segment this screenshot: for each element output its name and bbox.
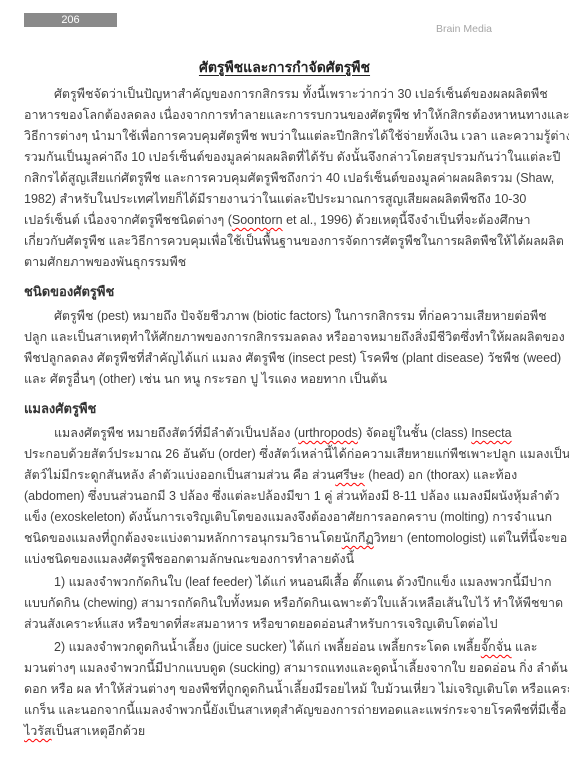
text-segment: (head) อก (thorax) และท้อง	[365, 468, 517, 482]
misspelled-word: urthropods	[298, 426, 358, 440]
page-number: 206	[61, 14, 79, 26]
section-heading: แมลงศัตรูพืช	[24, 398, 547, 419]
text-line: ชนิดของแมลงที่ถูกต้องจะแบ่งตามหลักการอนุ…	[24, 528, 547, 549]
text-segment: ชนิดของแมลงที่ถูกต้องจะแบ่งตามหลักการอนุ…	[24, 531, 342, 545]
text-line: ประกอบด้วยสัตว์ประมาณ 26 อันดับ (order) …	[24, 444, 547, 465]
misspelled-word: จั๊กจั่น	[481, 640, 512, 654]
document-content: ศัตรูพืชจัดว่าเป็นปัญหาสำคัญของการกสิกรร…	[24, 84, 547, 744]
text-segment: et al., 1996) ด้วยเหตุนี้จึงจำเป็นที่จะต…	[283, 213, 531, 227]
text-line: แข็ง (exoskeleton) ดังนั้นการเจริญเติบโต…	[24, 507, 547, 528]
page-title: ศัตรูพืชและการกำจัดศัตรูพืช	[0, 57, 569, 79]
text-segment: (abdomen) ซึ่งบนส่วนอกมี 3 ปล้อง ซึ่งแต่…	[24, 489, 560, 503]
text-line: 1982) สำหรับในประเทศไทยก็ได้มีรายงานว่าใ…	[24, 189, 547, 210]
text-line: และ ศัตรูอื่นๆ (other) เช่น นก หนู กระรอ…	[24, 369, 547, 390]
text-segment: อาหารของโลกต้องลดลง เนื่องจากการทำลายและ…	[24, 108, 569, 122]
paragraph: 2) แมลงจำพวกดูดกินน้ำเลี้ยง (juice sucke…	[24, 637, 547, 742]
page-number-badge: 206	[24, 13, 117, 27]
text-line: สัตว์ไม่มีกระดูกสันหลัง ลำตัวแบ่งออกเป็น…	[24, 465, 547, 486]
text-line: รวมกันเป็นมูลค่าถึง 10 เปอร์เซ็นต์ของมูล…	[24, 147, 547, 168]
misspelled-word: Soontorn	[232, 213, 283, 227]
text-segment: 1982) สำหรับในประเทศไทยก็ได้มีรายงานว่าใ…	[24, 192, 526, 206]
paragraph: แมลงศัตรูพืช หมายถึงสัตว์ที่มีลำตัวเป็นป…	[24, 423, 547, 570]
text-segment: มวนต่างๆ แมลงจำพวกนี้มีปากแบบดูด (suckin…	[24, 661, 568, 675]
text-line: เกี่ยวกับศัตรูพืช และวิธีการควบคุมเพื่อใ…	[24, 231, 547, 252]
misspelled-word: ศรีษะ	[335, 468, 365, 482]
text-line: แบบกัดกิน (chewing) สามารถกัดกินใบทั้งหม…	[24, 593, 547, 614]
text-segment: เปอร์เซ็นต์ เนื่องจากศัตรูพืชชนิดต่างๆ (	[24, 213, 232, 227]
text-segment: ศัตรูพืช (pest) หมายถึง ปัจจัยชีวภาพ (bi…	[54, 309, 547, 323]
text-segment: แข็ง (exoskeleton) ดังนั้นการเจริญเติบโต…	[24, 510, 552, 524]
text-segment: และ ศัตรูอื่นๆ (other) เช่น นก หนู กระรอ…	[24, 372, 387, 386]
text-segment: ) จัดอยู่ในชั้น (class)	[358, 426, 471, 440]
text-line: ปลูก และเป็นสาเหตุทำให้ศักยภาพของการกสิก…	[24, 327, 547, 348]
text-line: เปอร์เซ็นต์ เนื่องจากศัตรูพืชชนิดต่างๆ (…	[24, 210, 547, 231]
text-segment: เกี่ยวกับศัตรูพืช และวิธีการควบคุมเพื่อใ…	[24, 234, 564, 248]
page-header: 206 Brain Media	[0, 0, 569, 40]
document-page: 206 Brain Media ศัตรูพืชและการกำจัดศัตรู…	[0, 0, 569, 783]
section-heading: ชนิดของศัตรูพืช	[24, 281, 547, 302]
text-segment: แมลงศัตรูพืช หมายถึงสัตว์ที่มีลำตัวเป็นป…	[54, 426, 298, 440]
misspelled-word: ไวรัส	[24, 724, 52, 738]
text-segment: วิธีการต่างๆ นำมาใช้เพื่อการควบคุมศัตรูพ…	[24, 129, 569, 143]
text-segment: สัตว์ไม่มีกระดูกสันหลัง ลำตัวแบ่งออกเป็น…	[24, 468, 335, 482]
text-line: แมลงศัตรูพืช หมายถึงสัตว์ที่มีลำตัวเป็นป…	[24, 423, 547, 444]
text-segment: แบบกัดกิน (chewing) สามารถกัดกินใบทั้งหม…	[24, 596, 563, 610]
text-segment: ศัตรูพืชจัดว่าเป็นปัญหาสำคัญของการกสิกรร…	[54, 87, 548, 101]
text-line: ส่วนสังเคราะห์แสง หรือขาดที่สะสมอาหาร หร…	[24, 614, 547, 635]
text-segment: 2) แมลงจำพวกดูดกินน้ำเลี้ยง (juice sucke…	[54, 640, 481, 654]
text-segment: วิทยา (entomologist) แต่ในที่นี้จะขอ	[374, 531, 567, 545]
text-segment: ประกอบด้วยสัตว์ประมาณ 26 อันดับ (order) …	[24, 447, 569, 461]
misspelled-word: นักกีฏ	[342, 531, 374, 545]
text-line: ดอก หรือ ผล ทำให้ส่วนต่างๆ ของพืชที่ถูกด…	[24, 679, 547, 700]
text-segment: กสิกรได้สูญเสียแก่ศัตรูพืช และการควบคุมศ…	[24, 171, 554, 185]
text-line: กสิกรได้สูญเสียแก่ศัตรูพืช และการควบคุมศ…	[24, 168, 547, 189]
text-segment: 1) แมลงจำพวกกัดกินใบ (leaf feeder) ได้แก…	[54, 575, 552, 589]
text-line: ศัตรูพืช (pest) หมายถึง ปัจจัยชีวภาพ (bi…	[24, 306, 547, 327]
text-line: แบ่งชนิดของแมลงศัตรูพืชออกตามลักษณะของกา…	[24, 549, 547, 570]
text-segment: รวมกันเป็นมูลค่าถึง 10 เปอร์เซ็นต์ของมูล…	[24, 150, 560, 164]
text-segment: ดอก หรือ ผล ทำให้ส่วนต่างๆ ของพืชที่ถูกด…	[24, 682, 569, 696]
text-line: มวนต่างๆ แมลงจำพวกนี้มีปากแบบดูด (suckin…	[24, 658, 547, 679]
text-line: วิธีการต่างๆ นำมาใช้เพื่อการควบคุมศัตรูพ…	[24, 126, 547, 147]
text-line: พืชปลูกลดลง ศัตรูพืชที่สำคัญได้แก่ แมลง …	[24, 348, 547, 369]
text-segment: แบ่งชนิดของแมลงศัตรูพืชออกตามลักษณะของกา…	[24, 552, 354, 566]
text-segment: เป็นสาเหตุอีกด้วย	[52, 724, 146, 738]
publisher-label: Brain Media	[436, 23, 492, 35]
text-line: ไวรัสเป็นสาเหตุอีกด้วย	[24, 721, 547, 742]
paragraph: 1) แมลงจำพวกกัดกินใบ (leaf feeder) ได้แก…	[24, 572, 547, 635]
text-line: แกร็น และนอกจากนี้แมลงจำพวกนี้ยังเป็นสาเ…	[24, 700, 547, 721]
text-line: 1) แมลงจำพวกกัดกินใบ (leaf feeder) ได้แก…	[24, 572, 547, 593]
text-segment: ปลูก และเป็นสาเหตุทำให้ศักยภาพของการกสิก…	[24, 330, 565, 344]
text-segment: แกร็น และนอกจากนี้แมลงจำพวกนี้ยังเป็นสาเ…	[24, 703, 566, 717]
text-line: ศัตรูพืชจัดว่าเป็นปัญหาสำคัญของการกสิกรร…	[24, 84, 547, 105]
misspelled-word: Insecta	[471, 426, 511, 440]
text-line: 2) แมลงจำพวกดูดกินน้ำเลี้ยง (juice sucke…	[24, 637, 547, 658]
text-segment: และ	[512, 640, 538, 654]
text-line: (abdomen) ซึ่งบนส่วนอกมี 3 ปล้อง ซึ่งแต่…	[24, 486, 547, 507]
text-segment: ตามศักยภาพของพันธุกรรมพืช	[24, 255, 186, 269]
text-segment: พืชปลูกลดลง ศัตรูพืชที่สำคัญได้แก่ แมลง …	[24, 351, 561, 365]
paragraph: ศัตรูพืชจัดว่าเป็นปัญหาสำคัญของการกสิกรร…	[24, 84, 547, 273]
text-line: อาหารของโลกต้องลดลง เนื่องจากการทำลายและ…	[24, 105, 547, 126]
text-segment: ส่วนสังเคราะห์แสง หรือขาดที่สะสมอาหาร หร…	[24, 617, 498, 631]
text-line: ตามศักยภาพของพันธุกรรมพืช	[24, 252, 547, 273]
paragraph: ศัตรูพืช (pest) หมายถึง ปัจจัยชีวภาพ (bi…	[24, 306, 547, 390]
